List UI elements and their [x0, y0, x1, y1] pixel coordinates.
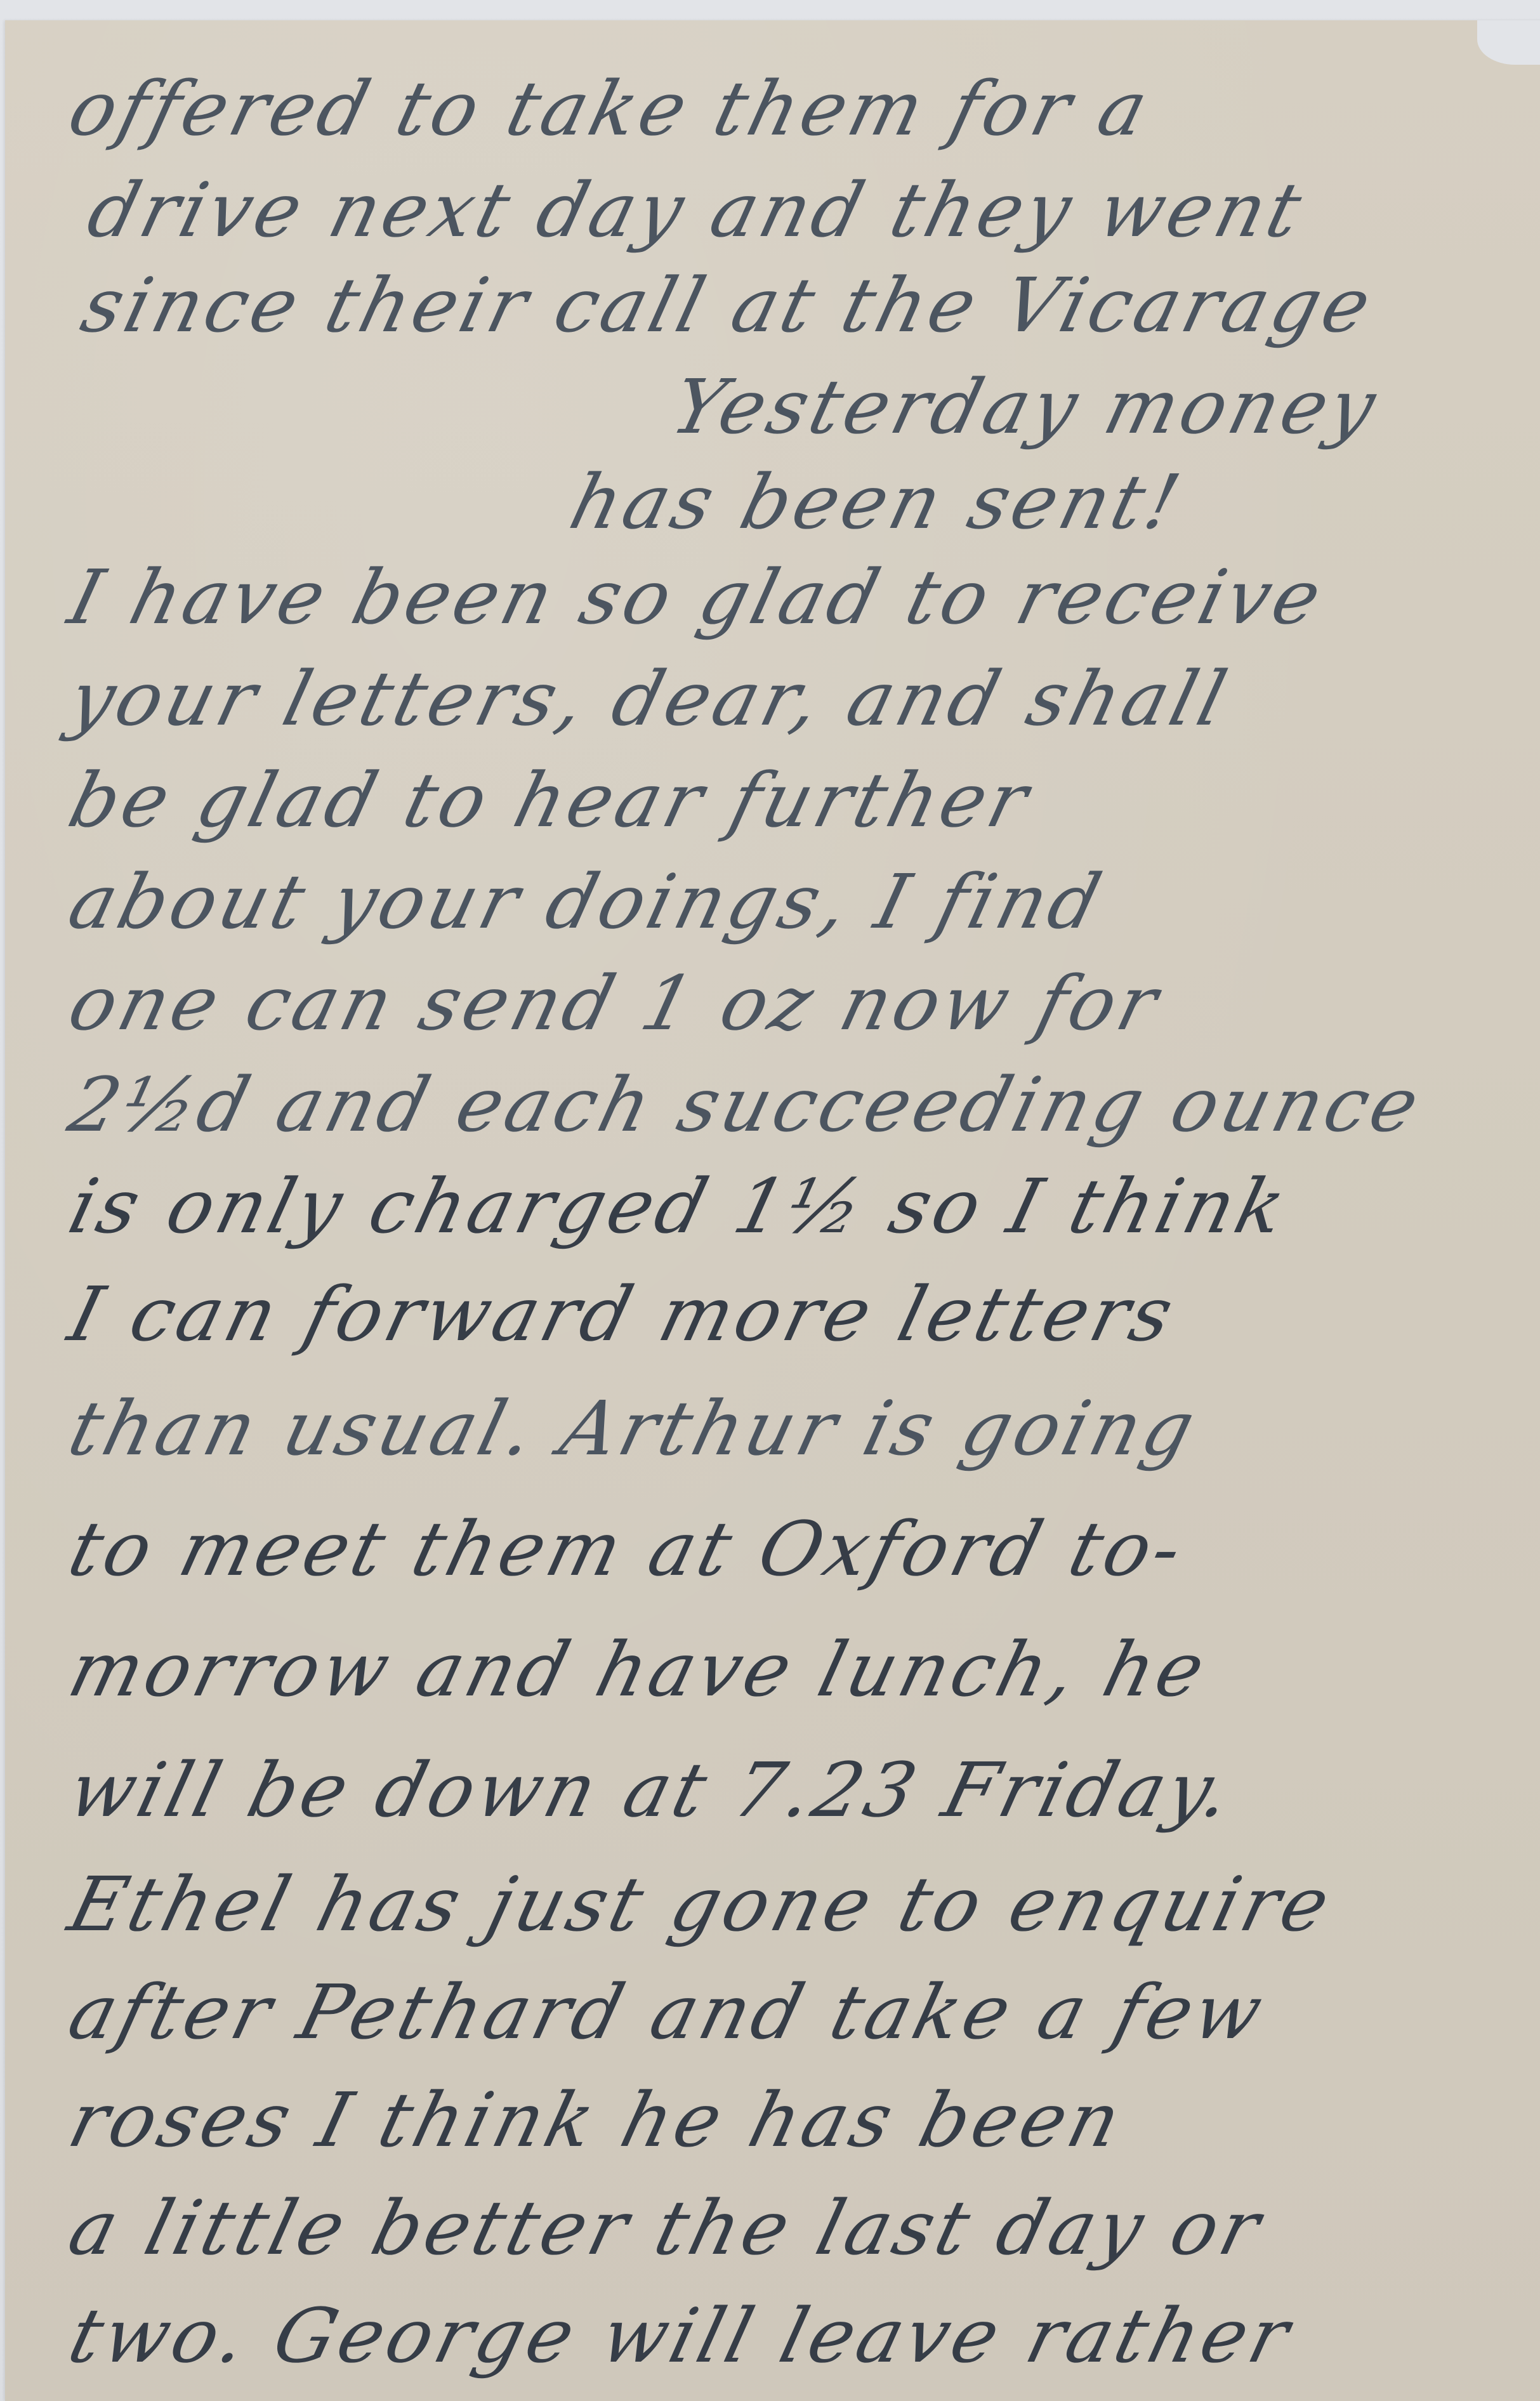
letter-line-3: since their call at the Vicarage: [75, 268, 1381, 343]
letter-line-21: a little better the last day or: [62, 2190, 1270, 2265]
letter-body: offered to take them for a drive next da…: [5, 20, 1540, 2401]
letter-line-20: roses I think he has been: [62, 2082, 1131, 2157]
letter-line-13: I can forward more letters: [62, 1277, 1183, 1352]
letter-line-7: your letters, dear, and shall: [62, 661, 1237, 736]
letter-line-6: I have been so glad to receive: [62, 560, 1332, 635]
letter-line-1: offered to take them for a: [62, 71, 1158, 146]
letter-line-2: drive next day and they went: [81, 173, 1312, 247]
letter-line-17: will be down at 7.23 Friday.: [62, 1753, 1242, 1827]
letter-sheet: offered to take them for a drive next da…: [5, 20, 1540, 2401]
letter-line-10: one can send 1 oz now for: [62, 966, 1168, 1041]
letter-line-18: Ethel has just gone to enquire: [62, 1867, 1340, 1942]
letter-line-11: 2½d and each succeeding ounce: [62, 1067, 1430, 1142]
letter-line-16: morrow and have lunch, he: [62, 1632, 1215, 1707]
letter-line-15: to meet them at Oxford to-: [62, 1511, 1193, 1586]
letter-line-14: than usual. Arthur is going: [62, 1391, 1205, 1466]
letter-line-8: be glad to hear further: [62, 763, 1039, 838]
letter-line-22: two. George will leave rather: [62, 2298, 1300, 2373]
letter-line-19: after Pethard and take a few: [62, 1975, 1273, 2049]
letter-line-12: is only charged 1½ so I think: [62, 1169, 1296, 1244]
letter-line-9: about your doings, I find: [62, 864, 1111, 939]
letter-line-5: has been sent!: [563, 464, 1190, 539]
letter-line-4: Yesterday money: [665, 369, 1386, 444]
